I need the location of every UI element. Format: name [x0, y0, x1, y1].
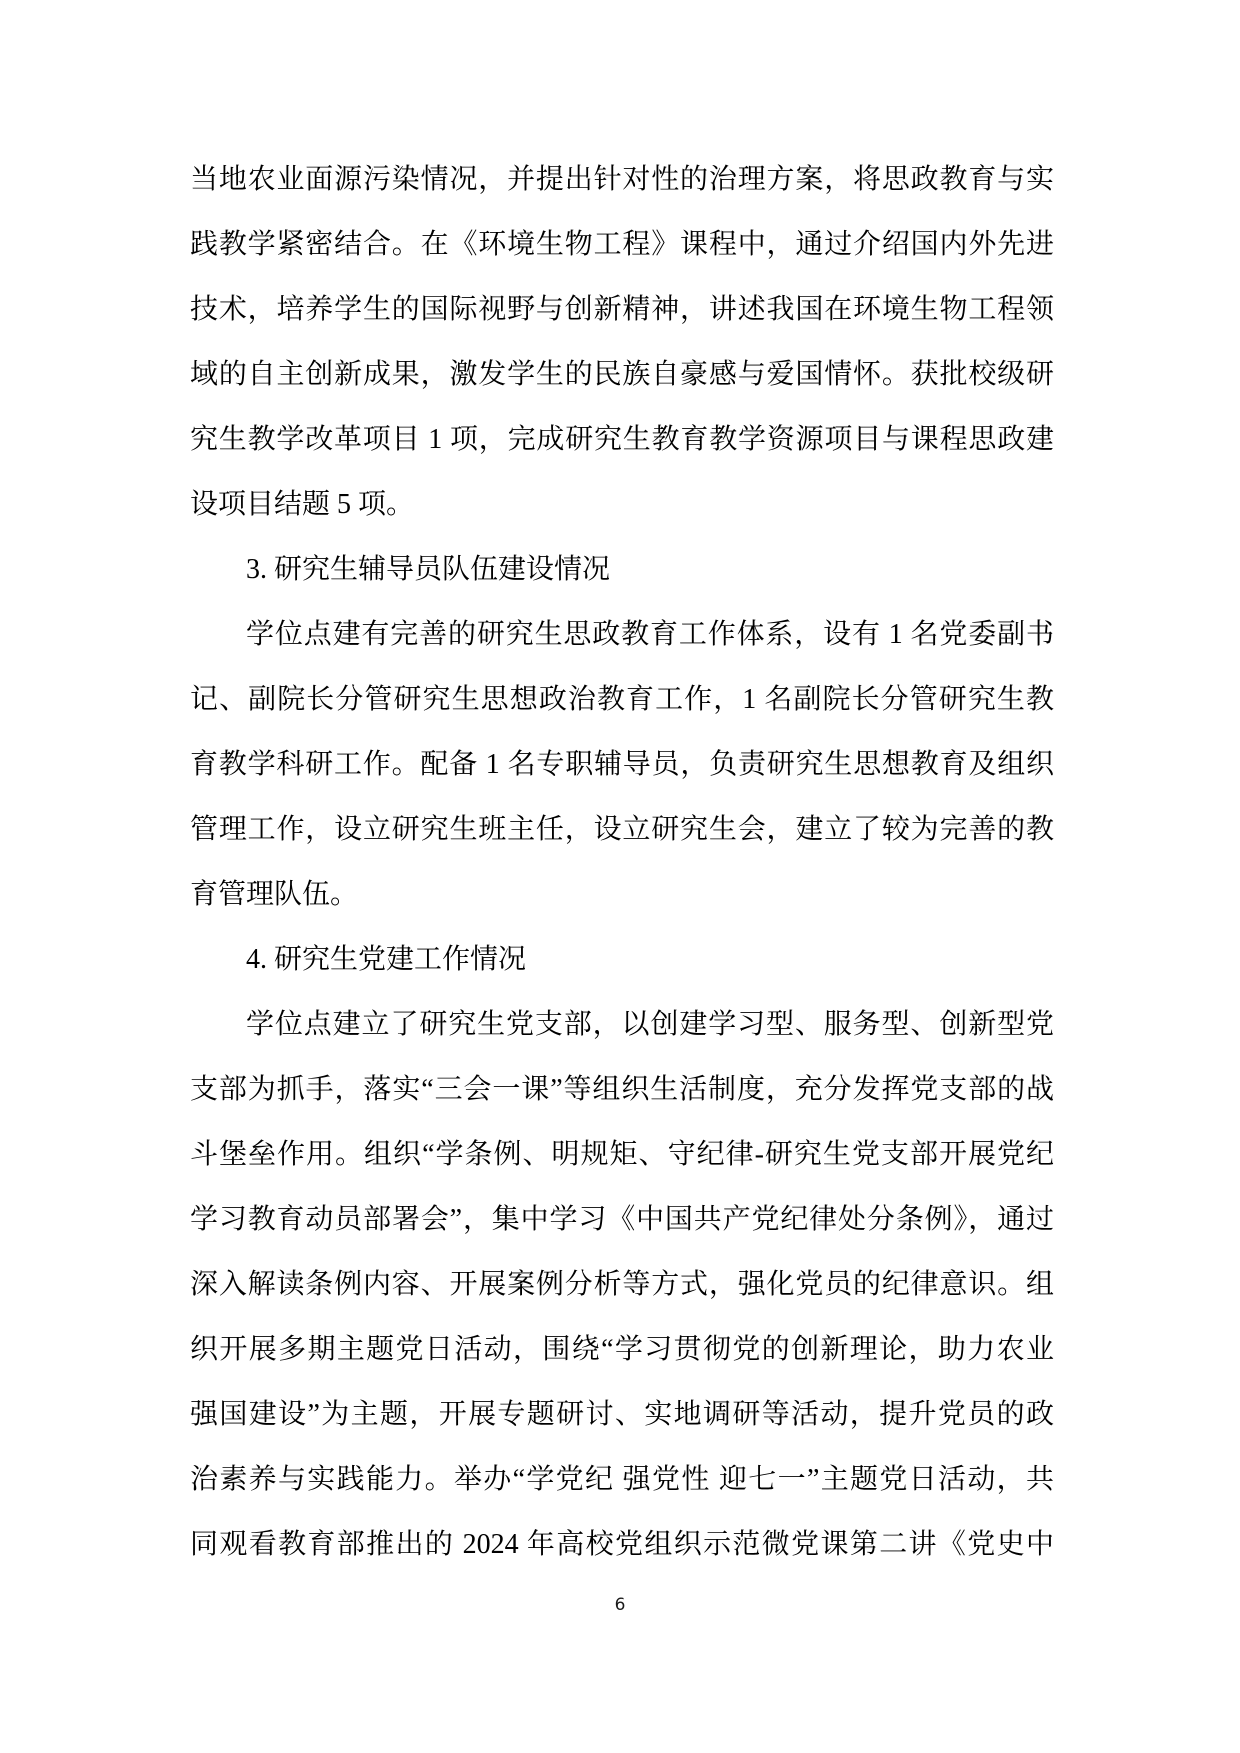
text-line: 育教学科研工作。配备 1 名专职辅导员，负责研究生思想教育及组织	[190, 732, 1054, 797]
text-line: 深入解读条例内容、开展案例分析等方式，强化党员的纪律意识。组	[190, 1252, 1054, 1317]
page-footer: 6	[0, 1594, 1240, 1616]
text-line: 记、副院长分管研究生思想政治教育工作，1 名副院长分管研究生教	[190, 667, 1054, 732]
text-line: 学习教育动员部署会”，集中学习《中国共产党纪律处分条例》，通过	[190, 1187, 1054, 1252]
text-line: 强国建设”为主题，开展专题研讨、实地调研等活动，提升党员的政	[190, 1382, 1054, 1447]
text-line: 织开展多期主题党日活动，围绕“学习贯彻党的创新理论，助力农业	[190, 1317, 1054, 1382]
document-body: 当地农业面源污染情况，并提出针对性的治理方案，将思政教育与实践教学紧密结合。在《…	[190, 147, 1054, 1577]
text-line: 3. 研究生辅导员队伍建设情况	[190, 537, 1054, 602]
text-line: 学位点建有完善的研究生思政教育工作体系，设有 1 名党委副书	[190, 602, 1054, 667]
text-line: 支部为抓手，落实“三会一课”等组织生活制度，充分发挥党支部的战	[190, 1057, 1054, 1122]
text-line: 治素养与实践能力。举办“学党纪 强党性 迎七一”主题党日活动，共	[190, 1447, 1054, 1512]
page-number: 6	[615, 1595, 626, 1615]
text-line: 斗堡垒作用。组织“学条例、明规矩、守纪律-研究生党支部开展党纪	[190, 1122, 1054, 1187]
text-line: 设项目结题 5 项。	[190, 472, 1054, 537]
text-line: 究生教学改革项目 1 项，完成研究生教育教学资源项目与课程思政建	[190, 407, 1054, 472]
text-line: 4. 研究生党建工作情况	[190, 927, 1054, 992]
text-line: 技术，培养学生的国际视野与创新精神，讲述我国在环境生物工程领	[190, 277, 1054, 342]
text-line: 管理工作，设立研究生班主任，设立研究生会，建立了较为完善的教	[190, 797, 1054, 862]
text-line: 践教学紧密结合。在《环境生物工程》课程中，通过介绍国内外先进	[190, 212, 1054, 277]
section-heading: 3. 研究生辅导员队伍建设情况	[190, 537, 1054, 602]
text-line: 当地农业面源污染情况，并提出针对性的治理方案，将思政教育与实	[190, 147, 1054, 212]
paragraph: 当地农业面源污染情况，并提出针对性的治理方案，将思政教育与实践教学紧密结合。在《…	[190, 147, 1054, 537]
document-page: 当地农业面源污染情况，并提出针对性的治理方案，将思政教育与实践教学紧密结合。在《…	[0, 0, 1240, 1753]
paragraph: 学位点建立了研究生党支部，以创建学习型、服务型、创新型党支部为抓手，落实“三会一…	[190, 992, 1054, 1577]
section-heading: 4. 研究生党建工作情况	[190, 927, 1054, 992]
text-line: 学位点建立了研究生党支部，以创建学习型、服务型、创新型党	[190, 992, 1054, 1057]
text-line: 同观看教育部推出的 2024 年高校党组织示范微党课第二讲《党史中	[190, 1512, 1054, 1577]
paragraph: 学位点建有完善的研究生思政教育工作体系，设有 1 名党委副书记、副院长分管研究生…	[190, 602, 1054, 927]
text-line: 域的自主创新成果，激发学生的民族自豪感与爱国情怀。获批校级研	[190, 342, 1054, 407]
text-line: 育管理队伍。	[190, 862, 1054, 927]
